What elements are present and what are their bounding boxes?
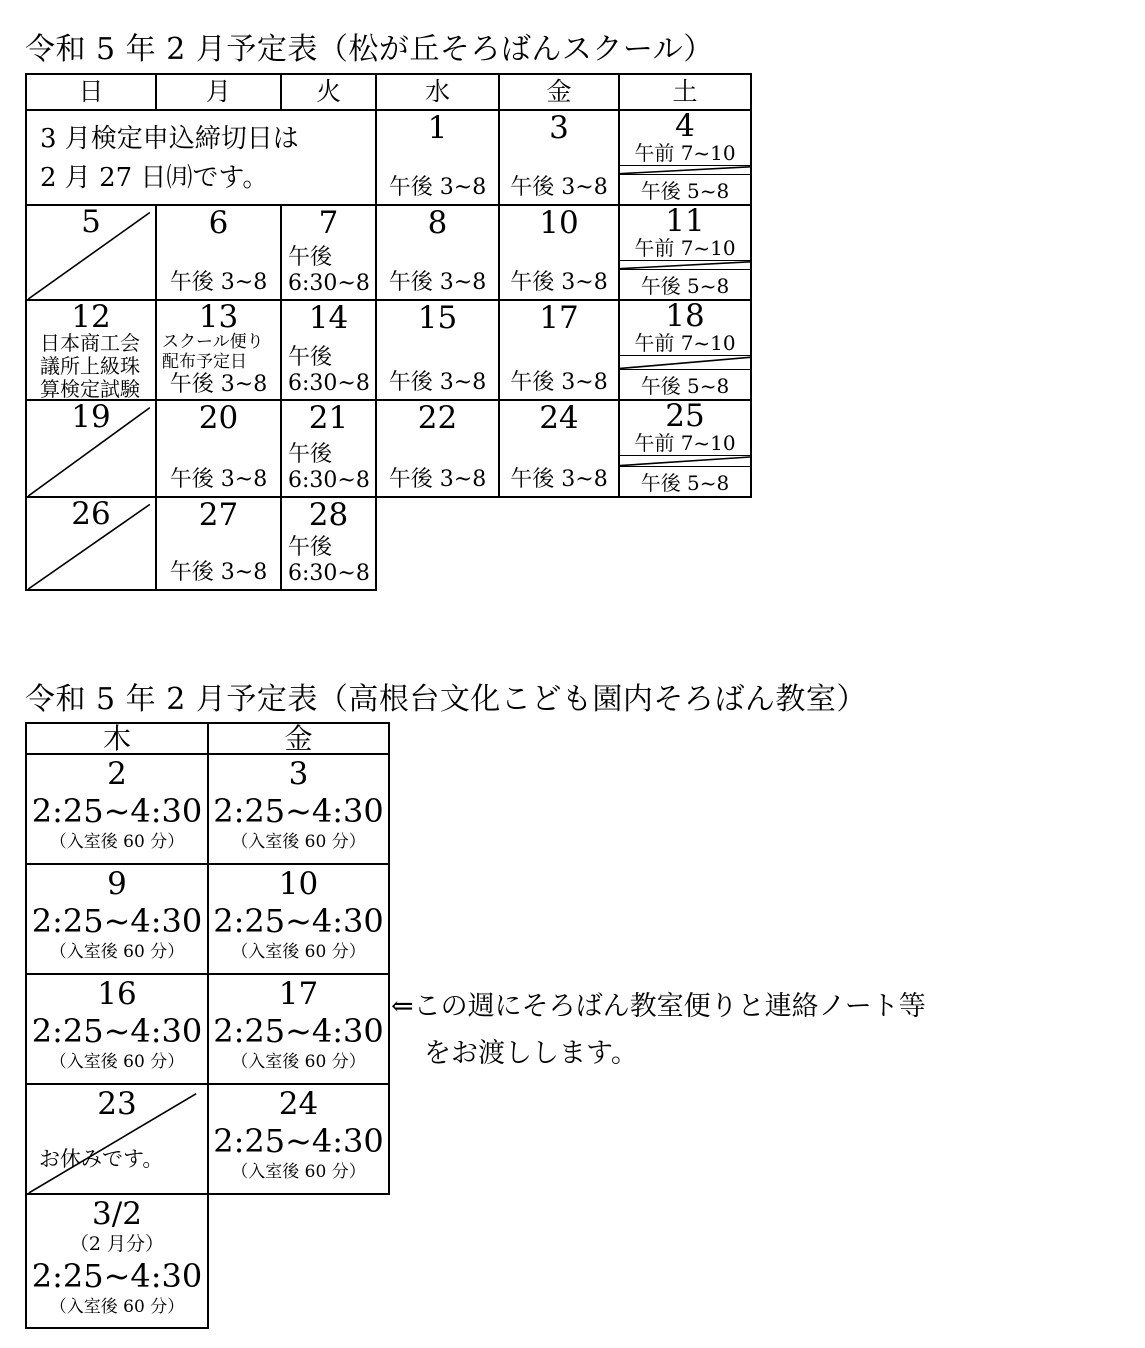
kodomo-week-4: 23 お休みです。 24 2:25~4:30 （入室後 60 分）: [25, 1085, 390, 1195]
session-time: 2:25~4:30: [213, 1012, 384, 1050]
header-wednesday: 水: [377, 75, 500, 111]
cell-k-feb-23-holiday: 23 お休みです。: [27, 1085, 209, 1195]
week-row-4: 19 20 午後 3~8 21 午後 6:30~8 22 午後 3~8 24 午…: [25, 401, 752, 498]
cell-feb-21: 21 午後 6:30~8: [282, 401, 377, 498]
day-number: 15: [418, 302, 457, 335]
duration-note: （入室後 60 分）: [231, 830, 365, 854]
cell-feb-13-newsletter: 13 スクール便り 配布予定日 午後 3~8: [157, 301, 282, 401]
session-time: 午後 3~8: [170, 560, 267, 586]
cell-feb-20: 20 午後 3~8: [157, 401, 282, 498]
diagonal-strike-icon: [27, 401, 155, 496]
newsletter-note: スクール便り 配布予定日: [157, 332, 280, 372]
session-time: 午後 3~8: [389, 270, 486, 296]
day-number: 25: [665, 401, 704, 432]
day-number: 13: [199, 302, 238, 332]
header-friday: 金: [500, 75, 620, 111]
day-number: 10: [279, 867, 318, 902]
day-number: 18: [665, 301, 704, 332]
kodomo-week-2: 9 2:25~4:30 （入室後 60 分） 10 2:25~4:30 （入室後…: [25, 865, 390, 975]
day-number: 20: [199, 402, 238, 435]
morning-session: 午前 7~10: [620, 432, 750, 456]
kodomo-week-3: 16 2:25~4:30 （入室後 60 分） 17 2:25~4:30 （入室…: [25, 975, 390, 1085]
diagonal-strike-icon: [27, 498, 155, 589]
cell-feb-5-closed: 5: [27, 206, 157, 301]
crossed-out-band: [620, 356, 750, 370]
cell-feb-3: 3 午後 3~8: [500, 111, 620, 206]
cell-k-feb-2: 2 2:25~4:30 （入室後 60 分）: [27, 755, 209, 865]
morning-session: 午前 7~10: [620, 237, 750, 261]
cell-feb-10: 10 午後 3~8: [500, 206, 620, 301]
exam-note: 日本商工会 議所上級珠 算検定試験: [27, 332, 155, 401]
cell-feb-8: 8 午後 3~8: [377, 206, 500, 301]
cell-feb-26-closed: 26: [27, 498, 157, 591]
header-monday: 月: [157, 75, 282, 111]
session-time: 2:25~4:30: [32, 792, 203, 830]
session-time: 午後 6:30~8: [282, 442, 375, 496]
cell-feb-25: 25 午前 7~10 午後 5~8: [620, 401, 752, 498]
cell-k-feb-3: 3 2:25~4:30 （入室後 60 分）: [209, 755, 390, 865]
day-number: 9: [107, 867, 127, 902]
notice-line-2: 2 月 27 日㈪です。: [40, 159, 375, 198]
week-row-1: 3 月検定申込締切日は 2 月 27 日㈪です。 1 午後 3~8 3 午後 3…: [25, 111, 752, 206]
diagonal-strike-icon: [27, 206, 155, 299]
cell-feb-4: 4 午前 7~10 午後 5~8: [620, 111, 752, 206]
day-number: 11: [665, 206, 704, 237]
day-number: 27: [199, 499, 238, 532]
cell-feb-12-exam: 12 日本商工会 議所上級珠 算検定試験: [27, 301, 157, 401]
duration-note: （入室後 60 分）: [50, 940, 184, 964]
diagonal-strike-icon: [27, 1085, 207, 1193]
evening-session: 午後 5~8: [620, 175, 750, 204]
cell-feb-11: 11 午前 7~10 午後 5~8: [620, 206, 752, 301]
session-time: 2:25~4:30: [32, 1257, 203, 1295]
handout-annotation-line1: ⇐この週にそろばん教室便りと連絡ノート等: [391, 984, 926, 1023]
day-number: 28: [309, 499, 348, 532]
day-number: 22: [418, 402, 457, 435]
session-time: 午後 3~8: [170, 270, 267, 296]
day-number: 8: [428, 207, 448, 240]
weekday-header-row: 日 月 火 水 金 土: [25, 73, 752, 111]
day-number: 16: [97, 977, 136, 1012]
day-number: 6: [209, 207, 229, 240]
session-time: 午後 3~8: [510, 370, 607, 396]
day-number: 7: [319, 207, 339, 240]
session-time: 午後 6:30~8: [282, 245, 375, 299]
evening-session: 午後 5~8: [620, 467, 750, 496]
evening-session: 午後 5~8: [620, 270, 750, 299]
day-number: 24: [279, 1087, 318, 1122]
duration-note: （入室後 60 分）: [231, 940, 365, 964]
duration-note: （入室後 60 分）: [231, 1050, 365, 1074]
diagonal-strike-icon: [620, 261, 750, 269]
cell-k-feb-17: 17 2:25~4:30 （入室後 60 分）: [209, 975, 390, 1085]
session-time: 午後 6:30~8: [282, 345, 375, 399]
cell-feb-22: 22 午後 3~8: [377, 401, 500, 498]
diagonal-strike-icon: [620, 166, 750, 174]
notice-line-1: 3 月検定申込締切日は: [40, 120, 375, 159]
cell-feb-14: 14 午後 6:30~8: [282, 301, 377, 401]
cell-feb-18: 18 午前 7~10 午後 5~8: [620, 301, 752, 401]
day-number: 12: [71, 303, 110, 332]
february-session-note: （2 月分）: [70, 1232, 164, 1257]
cell-k-feb-9: 9 2:25~4:30 （入室後 60 分）: [27, 865, 209, 975]
diagonal-strike-icon: [620, 356, 750, 369]
header-tuesday: 火: [282, 75, 377, 111]
day-number: 3: [549, 112, 569, 145]
kodomo-week-1: 2 2:25~4:30 （入室後 60 分） 3 2:25~4:30 （入室後 …: [25, 755, 390, 865]
day-number: 24: [539, 402, 578, 435]
day-number: 21: [309, 402, 348, 435]
cell-feb-7: 7 午後 6:30~8: [282, 206, 377, 301]
cell-feb-28: 28 午後 6:30~8: [282, 498, 377, 591]
session-time: 午後 3~8: [510, 270, 607, 296]
cell-feb-17: 17 午後 3~8: [500, 301, 620, 401]
crossed-out-band: [620, 166, 750, 175]
morning-session: 午前 7~10: [620, 332, 750, 356]
evening-session: 午後 5~8: [620, 370, 750, 399]
duration-note: （入室後 60 分）: [50, 830, 184, 854]
day-number: 17: [279, 977, 318, 1012]
cell-k-mar-2: 3/2 （2 月分） 2:25~4:30 （入室後 60 分）: [27, 1195, 209, 1329]
session-time: 2:25~4:30: [213, 902, 384, 940]
weekday-header-row-2: 木 金: [25, 722, 390, 755]
cell-feb-15: 15 午後 3~8: [377, 301, 500, 401]
header-saturday: 土: [620, 75, 752, 111]
week-row-3: 12 日本商工会 議所上級珠 算検定試験 13 スクール便り 配布予定日 午後 …: [25, 301, 752, 401]
morning-session: 午前 7~10: [620, 142, 750, 166]
day-number: 14: [309, 302, 348, 335]
matsugaoka-schedule-table: 日 月 火 水 金 土 3 月検定申込締切日は 2 月 27 日㈪です。 1 午…: [25, 73, 752, 591]
week-row-5: 26 27 午後 3~8 28 午後 6:30~8: [25, 498, 377, 591]
duration-note: （入室後 60 分）: [231, 1160, 365, 1184]
kodomo-week-5: 3/2 （2 月分） 2:25~4:30 （入室後 60 分）: [25, 1195, 209, 1329]
schedule-title-matsugaoka: 令和 5 年 2 月予定表（松が丘そろばんスクール）: [25, 24, 714, 68]
day-number: 2: [107, 757, 127, 792]
cell-feb-27: 27 午後 3~8: [157, 498, 282, 591]
session-time: 2:25~4:30: [213, 1122, 384, 1160]
day-number: 3/2: [92, 1197, 142, 1232]
cell-k-feb-24: 24 2:25~4:30 （入室後 60 分）: [209, 1085, 390, 1195]
cell-feb-24: 24 午後 3~8: [500, 401, 620, 498]
handout-annotation-line2: をお渡しします。: [424, 1031, 638, 1070]
cell-feb-6: 6 午後 3~8: [157, 206, 282, 301]
duration-note: （入室後 60 分）: [50, 1295, 184, 1319]
cell-feb-1: 1 午後 3~8: [377, 111, 500, 206]
day-number: 17: [539, 302, 578, 335]
cell-k-feb-10: 10 2:25~4:30 （入室後 60 分）: [209, 865, 390, 975]
session-time: 午後 3~8: [510, 175, 607, 201]
diagonal-strike-icon: [620, 456, 750, 466]
header-friday-2: 金: [209, 724, 390, 755]
crossed-out-band: [620, 456, 750, 467]
session-time: 午後 3~8: [389, 467, 486, 493]
session-time: 2:25~4:30: [32, 902, 203, 940]
cell-k-feb-16: 16 2:25~4:30 （入室後 60 分）: [27, 975, 209, 1085]
takanedai-schedule-table: 木 金 2 2:25~4:30 （入室後 60 分） 3 2:25~4:30 （…: [25, 722, 390, 1329]
session-time: 午後 3~8: [510, 467, 607, 493]
crossed-out-band: [620, 261, 750, 270]
session-time: 午後 3~8: [170, 372, 267, 400]
day-number: 10: [539, 207, 578, 240]
day-number: 3: [289, 757, 309, 792]
session-time: 午後 6:30~8: [282, 535, 375, 589]
deadline-notice-cell: 3 月検定申込締切日は 2 月 27 日㈪です。: [27, 111, 377, 206]
day-number: 1: [428, 112, 448, 145]
schedule-title-takanedai: 令和 5 年 2 月予定表（高根台文化こども園内そろばん教室）: [25, 674, 867, 718]
session-time: 午後 3~8: [170, 467, 267, 493]
session-time: 午後 3~8: [389, 175, 486, 201]
cell-feb-19-closed: 19: [27, 401, 157, 498]
header-thursday: 木: [27, 724, 209, 755]
session-time: 2:25~4:30: [32, 1012, 203, 1050]
header-sunday: 日: [27, 75, 157, 111]
week-row-2: 5 6 午後 3~8 7 午後 6:30~8 8 午後 3~8 10 午後 3~…: [25, 206, 752, 301]
session-time: 2:25~4:30: [213, 792, 384, 830]
duration-note: （入室後 60 分）: [50, 1050, 184, 1074]
session-time: 午後 3~8: [389, 370, 486, 396]
day-number: 4: [675, 111, 695, 142]
